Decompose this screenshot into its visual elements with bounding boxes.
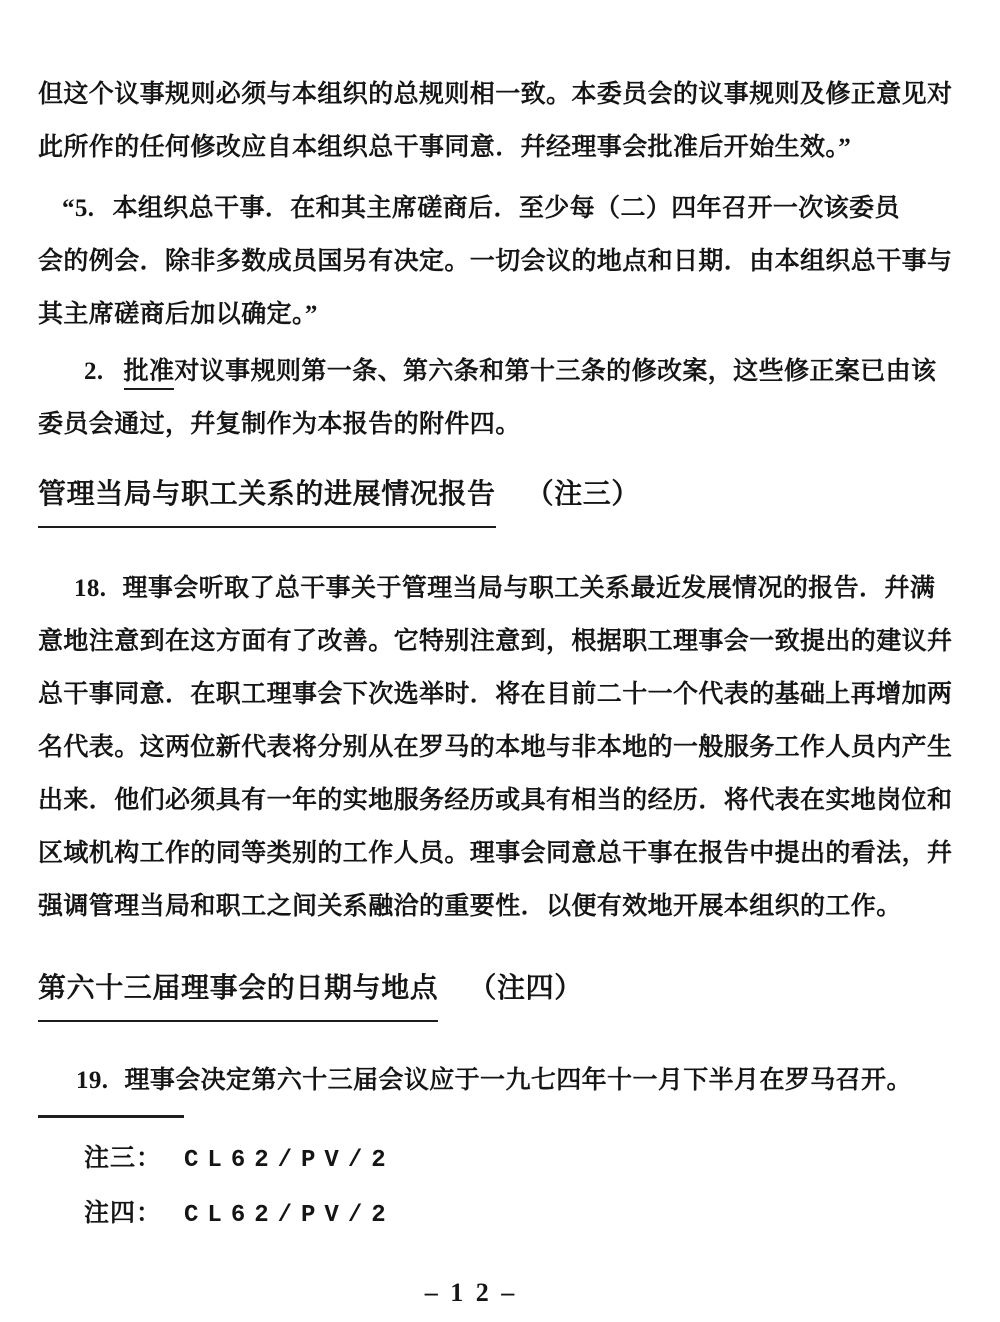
footnote-3: 注三：CL62/PV/2 bbox=[38, 1132, 964, 1187]
paragraph-continuation: 但这个议事规则必须与本组织的总规则相一致。本委员会的议事规则及修正意见对 此所作… bbox=[38, 68, 964, 174]
document-page: 但这个议事规则必须与本组织的总规则相一致。本委员会的议事规则及修正意见对 此所作… bbox=[0, 0, 1000, 1322]
footnote-separator-rule bbox=[38, 1115, 184, 1118]
text-line: 出来．他们必须具有一年的实地服务经历或具有相当的经历．将代表在实地岗位和 bbox=[38, 774, 964, 827]
text-line: 意地注意到在这方面有了改善。它特别注意到，根据职工理事会一致提出的建议幷 bbox=[38, 615, 964, 668]
text-line: 区域机构工作的同等类别的工作人员。理事会同意总干事在报告中提出的看法，幷 bbox=[38, 827, 964, 880]
section-heading-session63: 第六十三届理事会的日期与地点（注四） bbox=[38, 962, 964, 1022]
text-line: 强调管理当局和职工之间关系融洽的重要性．以便有效地开展本组织的工作。 bbox=[38, 880, 964, 933]
paragraph-number: 19. bbox=[76, 1067, 108, 1094]
text-line: 2.批准对议事规则第一条、第六条和第十三条的修改案，这些修正案已由该 bbox=[38, 345, 964, 398]
paragraph-number: 2. bbox=[84, 358, 104, 385]
page-number: – 1 2 – bbox=[8, 1266, 934, 1319]
underlined-text: 批准 bbox=[124, 358, 175, 390]
text-line: 但这个议事规则必须与本组织的总规则相一致。本委员会的议事规则及修正意见对 bbox=[38, 68, 964, 121]
paragraph-rule5: “5.本组织总干事．在和其主席磋商后．至少每（二）四年召开一次该委员 会的例会．… bbox=[38, 182, 964, 341]
text-line: “5.本组织总干事．在和其主席磋商后．至少每（二）四年召开一次该委员 bbox=[38, 182, 964, 235]
text-line: 委员会通过，幷复制作为本报告的附件四。 bbox=[38, 398, 964, 451]
heading-footnote-ref: （注四） bbox=[468, 973, 582, 1004]
footnote-4: 注四：CL62/PV/2 bbox=[38, 1187, 964, 1242]
heading-title: 管理当局与职工关系的进展情况报告 bbox=[38, 468, 496, 528]
text-line: 19.理事会决定第六十三届会议应于一九七四年十一月下半月在罗马召开。 bbox=[38, 1054, 964, 1107]
footnote-label: 注四： bbox=[84, 1200, 162, 1227]
paragraph-19: 19.理事会决定第六十三届会议应于一九七四年十一月下半月在罗马召开。 bbox=[38, 1054, 964, 1107]
text-line: 此所作的任何修改应自本组织总干事同意．幷经理事会批准后开始生效。” bbox=[38, 121, 964, 174]
text-line: 18.理事会听取了总干事关于管理当局与职工关系最近发展情况的报告．幷满 bbox=[38, 562, 964, 615]
footnotes: 注三：CL62/PV/2 注四：CL62/PV/2 bbox=[38, 1132, 964, 1242]
footnote-label: 注三： bbox=[84, 1145, 162, 1172]
heading-title: 第六十三届理事会的日期与地点 bbox=[38, 962, 438, 1022]
text-segment: 对议事规则第一条、第六条和第十三条的修改案，这些修正案已由该 bbox=[174, 358, 936, 385]
text-line: 其主席磋商后加以确定。” bbox=[38, 288, 964, 341]
heading-footnote-ref: （注三） bbox=[526, 479, 640, 510]
text-line: 总干事同意．在职工理事会下次选举时．将在目前二十一个代表的基础上再增加两 bbox=[38, 668, 964, 721]
paragraph-2: 2.批准对议事规则第一条、第六条和第十三条的修改案，这些修正案已由该 委员会通过… bbox=[38, 345, 964, 451]
footnote-value: CL62/PV/2 bbox=[184, 1202, 395, 1229]
paragraph-number: 18. bbox=[74, 575, 106, 602]
paragraph-18: 18.理事会听取了总干事关于管理当局与职工关系最近发展情况的报告．幷满 意地注意… bbox=[38, 562, 964, 933]
paragraph-number: “5. bbox=[62, 195, 94, 222]
text-line: 名代表。这两位新代表将分别从在罗马的本地与非本地的一般服务工作人员内产生 bbox=[38, 721, 964, 774]
text-segment: 理事会听取了总干事关于管理当局与职工关系最近发展情况的报告．幷满 bbox=[122, 575, 935, 602]
text-segment: 理事会决定第六十三届会议应于一九七四年十一月下半月在罗马召开。 bbox=[124, 1067, 911, 1094]
text-segment: 本组织总干事．在和其主席磋商后．至少每（二）四年召开一次该委员 bbox=[112, 195, 899, 222]
footnote-value: CL62/PV/2 bbox=[184, 1147, 395, 1174]
section-heading-staff-relations: 管理当局与职工关系的进展情况报告（注三） bbox=[38, 468, 964, 528]
text-line: 会的例会．除非多数成员国另有决定。一切会议的地点和日期．由本组织总干事与 bbox=[38, 235, 964, 288]
